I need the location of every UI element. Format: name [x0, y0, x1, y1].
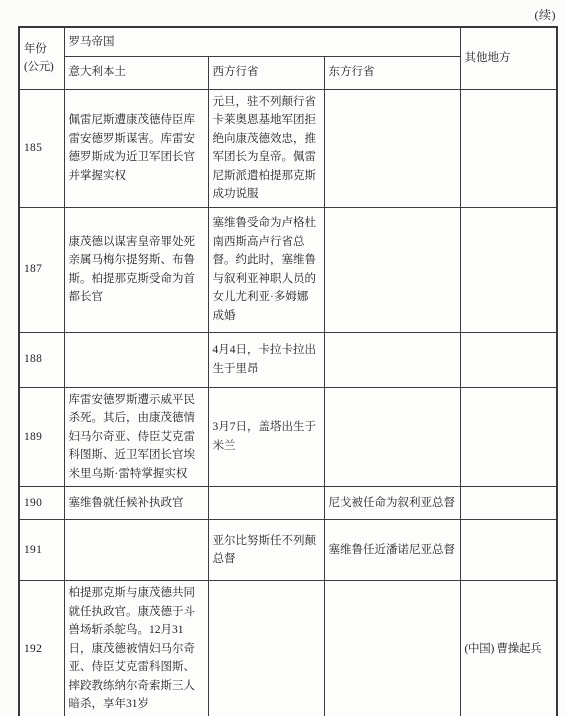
cell-189-west: 3月7日，盖塔出生于米兰: [208, 387, 324, 487]
cell-185-west: 元旦，驻不列颠行省卡莱奥恩基地军团拒绝向康茂德效忠，推军团长为皇帝。佩雷尼斯派遣…: [208, 89, 324, 207]
cell-189-east: [324, 387, 460, 487]
cell-188-other: [460, 332, 557, 387]
cell-187-east: [324, 207, 460, 332]
table-row-185: 185 佩雷尼斯遭康茂德侍臣库雷安德罗斯谋害。库雷安德罗斯成为近卫军团长官并掌握…: [19, 89, 557, 207]
year-cell-192: 192: [19, 581, 64, 716]
cell-191-other: [460, 520, 557, 581]
continued-marker: (续): [535, 6, 557, 23]
cell-192-other: (中国) 曹操起兵: [460, 581, 557, 716]
header-eastern-provinces: 东方行省: [324, 56, 460, 89]
cell-187-west: 塞维鲁受命为卢格杜南西斯高卢行省总督。约此时，塞维鲁与叙利亚神职人员的女儿尤利亚…: [208, 207, 324, 332]
table-row-189: 189 库雷安德罗斯遭示威平民杀死。其后，由康茂德情妇马尔奇亚、侍臣艾克雷科图斯…: [19, 387, 557, 487]
cell-189-other: [460, 387, 557, 487]
book-page: (续) 年份 (公元) 罗马帝国 其他地方 意大利本土 西方行省 东方行省 18…: [0, 0, 566, 716]
table-row-192: 192 柏提那克斯与康茂德共同就任执政官。康茂德于斗兽场斩杀鸵鸟。12月31日，…: [19, 581, 557, 716]
header-western-provinces: 西方行省: [208, 56, 324, 89]
cell-188-west: 4月4日，卡拉卡拉出生于里昂: [208, 332, 324, 387]
table-row-188: 188 4月4日，卡拉卡拉出生于里昂: [19, 332, 557, 387]
table-row-191: 191 亚尔比努斯任不列颠总督 塞维鲁任近潘诺尼亚总督: [19, 520, 557, 581]
cell-190-east: 尼戈被任命为叙利亚总督: [324, 487, 460, 520]
year-cell-189: 189: [19, 387, 64, 487]
cell-185-italy: 佩雷尼斯遭康茂德侍臣库雷安德罗斯谋害。库雷安德罗斯成为近卫军团长官并掌握实权: [64, 89, 208, 207]
cell-192-east: [324, 581, 460, 716]
table-row-187: 187 康茂德以谋害皇帝罪处死亲属马梅尔提努斯、布鲁斯。柏提那克斯受命为首都长官…: [19, 207, 557, 332]
header-roman-empire: 罗马帝国: [64, 27, 460, 56]
cell-190-other: [460, 487, 557, 520]
cell-188-east: [324, 332, 460, 387]
cell-191-east: 塞维鲁任近潘诺尼亚总督: [324, 520, 460, 581]
year-cell-190: 190: [19, 487, 64, 520]
cell-191-west: 亚尔比努斯任不列颠总督: [208, 520, 324, 581]
year-cell-188: 188: [19, 332, 64, 387]
roman-empire-timeline-table: 年份 (公元) 罗马帝国 其他地方 意大利本土 西方行省 东方行省 185 佩雷…: [18, 26, 558, 716]
table-row-190: 190 塞维鲁就任候补执政官 尼戈被任命为叙利亚总督: [19, 487, 557, 520]
header-year: 年份 (公元): [19, 27, 64, 89]
cell-185-other: [460, 89, 557, 207]
cell-187-other: [460, 207, 557, 332]
cell-190-west: [208, 487, 324, 520]
cell-185-east: [324, 89, 460, 207]
cell-192-italy: 柏提那克斯与康茂德共同就任执政官。康茂德于斗兽场斩杀鸵鸟。12月31日，康茂德被…: [64, 581, 208, 716]
header-other-places: 其他地方: [460, 27, 557, 89]
cell-188-italy: [64, 332, 208, 387]
year-cell-191: 191: [19, 520, 64, 581]
header-row-top: 年份 (公元) 罗马帝国 其他地方: [19, 27, 557, 56]
cell-191-italy: [64, 520, 208, 581]
cell-190-italy: 塞维鲁就任候补执政官: [64, 487, 208, 520]
cell-187-italy: 康茂德以谋害皇帝罪处死亲属马梅尔提努斯、布鲁斯。柏提那克斯受命为首都长官: [64, 207, 208, 332]
cell-192-west: [208, 581, 324, 716]
cell-189-italy: 库雷安德罗斯遭示威平民杀死。其后，由康茂德情妇马尔奇亚、侍臣艾克雷科图斯、近卫军…: [64, 387, 208, 487]
year-cell-185: 185: [19, 89, 64, 207]
header-italy-mainland: 意大利本土: [64, 56, 208, 89]
year-cell-187: 187: [19, 207, 64, 332]
